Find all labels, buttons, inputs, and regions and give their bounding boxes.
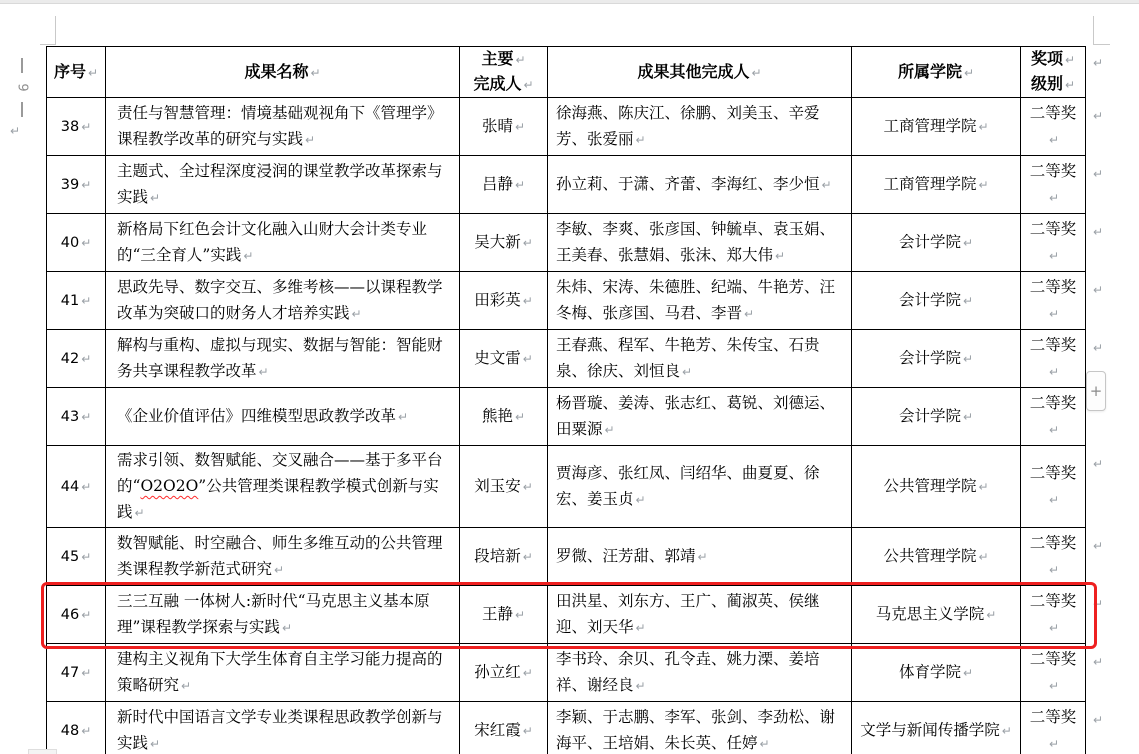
row-number-text: 41 (61, 293, 79, 309)
award-level-text: 二等奖 (1030, 162, 1077, 180)
table-row: 41↵思政先导、数字交互、多维考核——以课程教学改革为突破口的财务人才培养实践↵… (47, 272, 1086, 330)
award-level-cell[interactable]: 二等奖↵↵ (1021, 388, 1086, 446)
row-number-text: 48 (61, 723, 79, 739)
paragraph-mark-icon: ↵ (81, 480, 91, 494)
award-level-text: 二等奖 (1030, 650, 1077, 668)
paragraph-mark-icon: ↵ (986, 608, 996, 622)
award-level-cell[interactable]: 二等奖↵↵ (1021, 446, 1086, 528)
paragraph-mark-icon: ↵ (1093, 533, 1103, 559)
achievement-name-text: 解构与重构、虚拟与现实、数据与智能：智能财务共享课程教学改革 (117, 336, 443, 380)
paragraph-mark-icon: ↵ (81, 666, 91, 680)
award-level-cell[interactable]: 二等奖↵↵ (1021, 272, 1086, 330)
row-number-cell[interactable]: 47↵ (47, 644, 106, 702)
paragraph-mark-icon: ↵ (81, 352, 91, 366)
paragraph-mark-icon: ↵ (1002, 724, 1012, 738)
row-number-text: 38 (61, 119, 79, 135)
award-level-text: 二等奖 (1030, 592, 1077, 610)
header-text: 奖项 (1031, 49, 1063, 68)
table-row: 43↵《企业价值评估》四维模型思政教学改革↵熊艳↵杨晋璇、姜涛、张志红、葛锐、刘… (47, 388, 1086, 446)
other-contributors-cell[interactable]: 朱炜、宋涛、朱德胜、纪端、牛艳芳、汪冬梅、张彦国、马君、李晋↵ (548, 272, 852, 330)
paragraph-mark-icon: ↵ (523, 352, 533, 366)
table-header-row: 序号↵成果名称↵主要↵完成人↵成果其他完成人↵所属学院↵奖项↵级别↵↵ (47, 47, 1086, 98)
paragraph-mark-icon: ↵ (1049, 423, 1059, 437)
row-number-cell[interactable]: 44↵ (47, 446, 106, 528)
achievement-name-text: 建构主义视角下大学生体育自主学习能力提高的策略研究 (117, 650, 443, 694)
document-page: 9 ↵ 序号↵成果名称↵主要↵完成人↵成果其他完成人↵所属学院↵奖项↵级别↵↵ … (0, 0, 1139, 754)
column-header-name[interactable]: 成果名称↵ (106, 47, 460, 98)
other-contributors-cell[interactable]: 杨晋璇、姜涛、张志红、葛锐、刘德运、田粟源↵ (548, 388, 852, 446)
college-cell[interactable]: 马克思主义学院↵ (852, 586, 1021, 644)
main-contributor-text: 王静 (482, 605, 513, 623)
row-number-text: 47 (61, 665, 79, 681)
paragraph-mark-icon: ↵ (515, 410, 525, 424)
paragraph-mark-icon: ↵ (81, 724, 91, 738)
margin-corner-mark-top-right (1093, 16, 1110, 45)
paragraph-mark-icon: ↵ (963, 410, 973, 424)
college-cell[interactable]: 会计学院↵ (852, 214, 1021, 272)
paragraph-mark-icon: ↵ (1049, 737, 1059, 751)
awards-table-head: 序号↵成果名称↵主要↵完成人↵成果其他完成人↵所属学院↵奖项↵级别↵↵ (47, 47, 1086, 98)
header-text: 主要 (481, 49, 513, 68)
other-contributors-cell[interactable]: 孙立莉、于潇、齐蕾、李海红、李少恒↵ (548, 156, 852, 214)
table-row: 38↵责任与智慧管理：情境基础观视角下《管理学》课程教学改革的研究与实践↵张晴↵… (47, 98, 1086, 156)
paragraph-mark-icon: ↵ (978, 120, 988, 134)
header-text: 级别 (1031, 74, 1063, 93)
header-line: 所属学院↵ (854, 60, 1018, 85)
row-number-cell[interactable]: 41↵ (47, 272, 106, 330)
row-number-cell[interactable]: 38↵ (47, 98, 106, 156)
awards-table: 序号↵成果名称↵主要↵完成人↵成果其他完成人↵所属学院↵奖项↵级别↵↵ 38↵责… (46, 46, 1086, 754)
paragraph-mark-icon: ↵ (523, 724, 533, 738)
main-contributor-text: 张晴 (482, 117, 513, 135)
award-level-cell[interactable]: 二等奖↵↵ (1021, 330, 1086, 388)
achievement-name-text: 《企业价值评估》四维模型思政教学改革 (117, 407, 396, 425)
row-number-cell[interactable]: 39↵ (47, 156, 106, 214)
college-text: 体育学院 (899, 663, 961, 681)
main-contributor-text: 熊艳 (482, 407, 513, 425)
main-contributor-cell[interactable]: 王静↵ (460, 586, 548, 644)
achievement-name-cell[interactable]: 数智赋能、时空融合、师生多维互动的公共管理类课程教学新范式研究↵ (106, 528, 460, 586)
paragraph-mark-icon: ↵ (1093, 649, 1103, 675)
margin-corner-mark-top-left (40, 16, 56, 45)
award-level-text: 二等奖 (1030, 394, 1077, 412)
paragraph-mark-icon: ↵ (523, 666, 533, 680)
college-cell[interactable]: 会计学院↵ (852, 330, 1021, 388)
paragraph-mark-icon: ↵ (963, 666, 973, 680)
paragraph-mark-icon: ↵ (274, 563, 284, 577)
paragraph-mark-icon: ↵ (243, 249, 253, 263)
paragraph-mark-icon: ↵ (978, 480, 988, 494)
other-contributors-cell[interactable]: 贾海彦、张红凤、闫绍华、曲夏夏、徐宏、姜玉贞↵ (548, 446, 852, 528)
header-line: 序号↵ (49, 60, 103, 85)
main-contributor-cell[interactable]: 张晴↵ (460, 98, 548, 156)
award-level-text: 二等奖 (1030, 534, 1077, 552)
paragraph-mark-icon: ↵ (523, 294, 533, 308)
table-row: 39↵主题式、全过程深度浸润的课堂教学改革探索与实践↵吕静↵孙立莉、于潇、齐蕾、… (47, 156, 1086, 214)
main-contributor-cell[interactable]: 熊艳↵ (460, 388, 548, 446)
paragraph-mark-icon: ↵ (1065, 53, 1075, 67)
main-contributor-text: 吴大新 (474, 233, 521, 251)
awards-table-body: 38↵责任与智慧管理：情境基础观视角下《管理学》课程教学改革的研究与实践↵张晴↵… (47, 98, 1086, 754)
achievement-name-cell[interactable]: 思政先导、数字交互、多维考核——以课程教学改革为突破口的财务人才培养实践↵ (106, 272, 460, 330)
paragraph-mark-icon: ↵ (1049, 365, 1059, 379)
award-level-text: 二等奖 (1030, 708, 1077, 726)
paragraph-mark-icon: ↵ (1049, 249, 1059, 263)
header-line: 奖项↵ (1023, 47, 1083, 72)
margin-page-number: 9 ↵ (18, 58, 26, 138)
paragraph-mark-icon: ↵ (760, 737, 770, 751)
paragraph-mark-icon: ↵ (751, 66, 761, 80)
row-number-text: 39 (61, 177, 79, 193)
table-row: 45↵数智赋能、时空融合、师生多维互动的公共管理类课程教学新范式研究↵段培新↵罗… (47, 528, 1086, 586)
achievement-name-cell[interactable]: 责任与智慧管理：情境基础观视角下《管理学》课程教学改革的研究与实践↵ (106, 98, 460, 156)
other-contributors-cell[interactable]: 罗微、汪芳甜、郭靖↵ (548, 528, 852, 586)
row-number-cell[interactable]: 40↵ (47, 214, 106, 272)
main-contributor-cell[interactable]: 史文雷↵ (460, 330, 548, 388)
row-number-text: 45 (61, 549, 79, 565)
paragraph-mark-icon: ↵ (515, 120, 525, 134)
award-level-text: 二等奖 (1030, 278, 1077, 296)
paragraph-mark-icon: ↵ (1049, 621, 1059, 635)
paragraph-mark-icon: ↵ (1093, 219, 1103, 245)
header-line: 级别↵ (1023, 72, 1083, 97)
row-number-text: 43 (61, 409, 79, 425)
table-row: 42↵解构与重构、虚拟与现实、数据与智能：智能财务共享课程教学改革↵史文雷↵王春… (47, 330, 1086, 388)
other-contributors-cell[interactable]: 李颖、于志鹏、李军、张剑、李劲松、谢海平、王培娟、朱长英、任婷↵ (548, 702, 852, 754)
paragraph-mark-icon: ↵ (636, 493, 646, 507)
paragraph-mark-icon: ↵ (636, 133, 646, 147)
paragraph-mark-icon: ↵ (305, 133, 315, 147)
award-level-text: 二等奖 (1030, 104, 1077, 122)
main-contributor-cell[interactable]: 孙立红↵ (460, 644, 548, 702)
other-contributors-cell[interactable]: 徐海燕、陈庆江、徐鹏、刘美玉、辛爱芳、张爱丽↵ (548, 98, 852, 156)
paragraph-mark-icon: ↵ (822, 178, 832, 192)
other-contributors-text: 李敏、李爽、张彦国、钟毓卓、袁玉娟、王美春、张慧娟、张沫、郑大伟 (556, 220, 835, 264)
paragraph-mark-icon: ↵ (1093, 103, 1103, 129)
header-text: 所属学院 (898, 62, 962, 81)
main-contributor-cell[interactable]: 宋红霞↵ (460, 702, 548, 754)
paragraph-mark-icon: ↵ (523, 550, 533, 564)
main-contributor-text: 段培新 (474, 547, 521, 565)
other-contributors-text: 杨晋璇、姜涛、张志红、葛锐、刘德运、田粟源 (556, 394, 835, 438)
award-level-cell[interactable]: 二等奖↵↵ (1021, 214, 1086, 272)
paragraph-mark-icon: ↵ (978, 550, 988, 564)
header-text: 序号 (54, 62, 86, 81)
main-contributor-text: 刘玉安 (474, 477, 521, 495)
paragraph-mark-icon: ↵ (1093, 277, 1103, 303)
college-cell[interactable]: 工商管理学院↵ (852, 156, 1021, 214)
paragraph-mark-icon: ↵ (1093, 451, 1103, 477)
award-level-cell[interactable]: 二等奖↵↵ (1021, 528, 1086, 586)
college-text: 会计学院 (899, 407, 961, 425)
row-number-cell[interactable]: 42↵ (47, 330, 106, 388)
college-cell[interactable]: 公共管理学院↵ (852, 446, 1021, 528)
paragraph-mark-icon: ↵ (775, 249, 785, 263)
row-number-cell[interactable]: 45↵ (47, 528, 106, 586)
paragraph-mark-icon: ↵ (636, 679, 646, 693)
award-level-cell[interactable]: 二等奖↵↵ (1021, 586, 1086, 644)
main-contributor-text: 吕静 (482, 175, 513, 193)
other-contributors-text: 孙立莉、于潇、齐蕾、李海红、李少恒 (556, 175, 820, 193)
paragraph-mark-icon: ↵ (1049, 679, 1059, 693)
paragraph-mark-icon: ↵ (1049, 191, 1059, 205)
main-contributor-cell[interactable]: 刘玉安↵ (460, 446, 548, 528)
college-cell[interactable]: 会计学院↵ (852, 388, 1021, 446)
paragraph-mark-icon: ↵ (963, 294, 973, 308)
college-text: 会计学院 (899, 349, 961, 367)
award-level-text: 二等奖 (1030, 464, 1077, 482)
paragraph-mark-icon: ↵ (81, 236, 91, 250)
college-text: 文学与新闻传播学院 (860, 721, 1000, 739)
paragraph-mark-icon: ↵ (282, 621, 292, 635)
paragraph-mark-icon: ↵ (88, 66, 98, 80)
paragraph-mark-icon: ↵ (1049, 563, 1059, 577)
header-line: 成果其他完成人↵ (550, 60, 849, 85)
row-number-cell[interactable]: 48↵ (47, 702, 106, 754)
table-row: 46↵三三互融 一体树人:新时代“马克思主义基本原理”课程教学探索与实践↵王静↵… (47, 586, 1086, 644)
page-number-dash (21, 58, 23, 73)
header-line: 成果名称↵ (108, 60, 457, 85)
achievement-name-text: 主题式、全过程深度浸润的课堂教学改革探索与实践 (117, 162, 443, 206)
paragraph-mark-icon: ↵ (636, 621, 646, 635)
paragraph-mark-icon: ↵ (81, 550, 91, 564)
paragraph-mark-icon: ↵ (81, 608, 91, 622)
paragraph-mark-icon: ↵ (81, 120, 91, 134)
plus-button[interactable]: + (1086, 371, 1106, 411)
paragraph-mark-icon: ↵ (1093, 591, 1103, 617)
paragraph-mark-icon: ↵ (135, 506, 145, 520)
achievement-name-text: 思政先导、数字交互、多维考核——以课程教学改革为突破口的财务人才培养实践 (117, 278, 443, 322)
paragraph-mark-icon: ↵ (1093, 707, 1103, 733)
other-contributors-cell[interactable]: 李书玲、余贝、孔令垚、姚力溧、姜培祥、谢经良↵ (548, 644, 852, 702)
college-cell[interactable]: 文学与新闻传播学院↵ (852, 702, 1021, 754)
achievement-name-cell[interactable]: 三三互融 一体树人:新时代“马克思主义基本原理”课程教学探索与实践↵ (106, 586, 460, 644)
other-contributors-cell[interactable]: 王春燕、程军、牛艳芳、朱传宝、石贵泉、徐庆、刘恒良↵ (548, 330, 852, 388)
paragraph-mark-icon: ↵ (1093, 161, 1103, 187)
paragraph-mark-icon: ↵ (682, 365, 692, 379)
achievement-name-cell[interactable]: 新格局下红色会计文化融入山财大会计类专业的“三全育人”实践↵ (106, 214, 460, 272)
paragraph-mark-icon: ↵ (963, 352, 973, 366)
main-contributor-cell[interactable]: 田彩英↵ (460, 272, 548, 330)
college-cell[interactable]: 会计学院↵ (852, 272, 1021, 330)
achievement-name-text: 责任与智慧管理：情境基础观视角下《管理学》课程教学改革的研究与实践 (117, 104, 443, 148)
achievement-name-cell[interactable]: 主题式、全过程深度浸润的课堂教学改革探索与实践↵ (106, 156, 460, 214)
page-number-dash (21, 102, 23, 117)
paragraph-mark-icon: ↵ (698, 550, 708, 564)
column-header-award[interactable]: 奖项↵级别↵↵ (1021, 47, 1086, 98)
paragraph-mark-icon: ↵ (515, 608, 525, 622)
other-contributors-text: 李书玲、余贝、孔令垚、姚力溧、姜培祥、谢经良 (556, 650, 820, 694)
paragraph-mark-icon: ↵ (1049, 307, 1059, 321)
main-contributor-text: 史文雷 (474, 349, 521, 367)
main-contributor-text: 宋红霞 (474, 721, 521, 739)
award-level-cell[interactable]: 二等奖↵↵ (1021, 156, 1086, 214)
paragraph-mark-icon: ↵ (398, 410, 408, 424)
paragraph-mark-icon: ↵ (150, 737, 160, 751)
achievement-name-cell[interactable]: 建构主义视角下大学生体育自主学习能力提高的策略研究↵ (106, 644, 460, 702)
award-level-cell[interactable]: 二等奖↵↵ (1021, 702, 1086, 754)
main-contributor-cell[interactable]: 吴大新↵ (460, 214, 548, 272)
college-text: 会计学院 (899, 233, 961, 251)
header-line: 完成人↵ (462, 72, 545, 97)
paragraph-mark-icon: ↵ (81, 410, 91, 424)
row-number-text: 40 (61, 235, 79, 251)
header-text: 成果名称 (244, 62, 308, 81)
paragraph-mark-icon: ↵ (1093, 52, 1103, 74)
award-level-text: 二等奖 (1030, 336, 1077, 354)
main-contributor-text: 孙立红 (474, 663, 521, 681)
college-cell[interactable]: 工商管理学院↵ (852, 98, 1021, 156)
paragraph-mark-icon: ↵ (1049, 493, 1059, 507)
table-row: 44↵需求引领、数智赋能、交叉融合——基于多平台的“O2O2O”公共管理类课程教… (47, 446, 1086, 528)
paragraph-mark-icon: ↵ (310, 66, 320, 80)
other-contributors-text: 田洪星、刘东方、王广、蔺淑英、侯继迎、刘天华 (556, 592, 820, 636)
paragraph-mark-icon: ↵ (744, 307, 754, 321)
college-text: 公共管理学院 (883, 477, 976, 495)
paragraph-mark-icon: ↵ (515, 178, 525, 192)
achievement-name-cell[interactable]: 新时代中国语言文学专业类课程思政教学创新与实践↵ (106, 702, 460, 754)
college-text: 马克思主义学院 (876, 605, 985, 623)
paragraph-mark-icon: ↵ (1049, 133, 1059, 147)
main-contributor-text: 田彩英 (474, 291, 521, 309)
award-level-cell[interactable]: 二等奖↵↵ (1021, 644, 1086, 702)
row-number-cell[interactable]: 46↵ (47, 586, 106, 644)
paragraph-mark-icon: ↵ (259, 365, 269, 379)
column-header-no[interactable]: 序号↵ (47, 47, 106, 98)
column-header-college[interactable]: 所属学院↵ (852, 47, 1021, 98)
header-line: 主要↵ (462, 47, 545, 72)
main-contributor-cell[interactable]: 吕静↵ (460, 156, 548, 214)
paragraph-mark-icon: ↵ (523, 78, 533, 92)
row-number-text: 42 (61, 351, 79, 367)
achievement-name-cell[interactable]: 《企业价值评估》四维模型思政教学改革↵ (106, 388, 460, 446)
college-text: 公共管理学院 (883, 547, 976, 565)
college-cell[interactable]: 公共管理学院↵ (852, 528, 1021, 586)
award-level-cell[interactable]: 二等奖↵↵ (1021, 98, 1086, 156)
paragraph-mark-icon: ↵ (1065, 78, 1075, 92)
row-number-text: 46 (61, 607, 79, 623)
college-text: 会计学院 (899, 291, 961, 309)
paragraph-mark-icon: ↵ (352, 307, 362, 321)
other-contributors-text: 贾海彦、张红凤、闫绍华、曲夏夏、徐宏、姜玉贞 (556, 464, 820, 508)
achievement-name-cell[interactable]: 解构与重构、虚拟与现实、数据与智能：智能财务共享课程教学改革↵ (106, 330, 460, 388)
other-contributors-text: 罗微、汪芳甜、郭靖 (556, 547, 696, 565)
other-contributors-cell[interactable]: 李敏、李爽、张彦国、钟毓卓、袁玉娟、王美春、张慧娟、张沫、郑大伟↵ (548, 214, 852, 272)
paragraph-mark-icon: ↵ (181, 679, 191, 693)
paragraph-mark-icon: ↵ (963, 236, 973, 250)
table-row: 48↵新时代中国语言文学专业类课程思政教学创新与实践↵宋红霞↵李颖、于志鹏、李军… (47, 702, 1086, 754)
bottom-left-margin-remnant (28, 749, 57, 754)
other-contributors-text: 朱炜、宋涛、朱德胜、纪端、牛艳芳、汪冬梅、张彦国、马君、李晋 (556, 278, 835, 322)
column-header-main[interactable]: 主要↵完成人↵ (460, 47, 548, 98)
paragraph-mark-icon: ↵ (81, 178, 91, 192)
main-contributor-cell[interactable]: 段培新↵ (460, 528, 548, 586)
other-contributors-text: 李颖、于志鹏、李军、张剑、李劲松、谢海平、王培娟、朱长英、任婷 (556, 708, 835, 752)
achievement-name-text: 三三互融 一体树人:新时代“马克思主义基本原理”课程教学探索与实践 (117, 592, 430, 636)
paragraph-mark-icon: ↵ (1093, 335, 1103, 361)
table-row: 47↵建构主义视角下大学生体育自主学习能力提高的策略研究↵孙立红↵李书玲、余贝、… (47, 644, 1086, 702)
paragraph-mark-icon: ↵ (523, 236, 533, 250)
header-text: 成果其他完成人 (637, 62, 749, 81)
achievement-name-text: 新时代中国语言文学专业类课程思政教学创新与实践 (117, 708, 443, 752)
paragraph-mark-icon: ↵ (81, 294, 91, 308)
header-text: 完成人 (473, 74, 521, 93)
award-level-text: 二等奖 (1030, 220, 1077, 238)
row-number-text: 44 (61, 479, 79, 495)
paragraph-mark-icon: ↵ (964, 66, 974, 80)
achievement-name-cell[interactable]: 需求引领、数智赋能、交叉融合——基于多平台的“O2O2O”公共管理类课程教学模式… (106, 446, 460, 528)
paragraph-mark-icon: ↵ (978, 178, 988, 192)
paragraph-mark-icon: ↵ (523, 480, 533, 494)
college-text: 工商管理学院 (883, 175, 976, 193)
row-number-cell[interactable]: 43↵ (47, 388, 106, 446)
column-header-others[interactable]: 成果其他完成人↵ (548, 47, 852, 98)
paragraph-mark-icon: ↵ (605, 423, 615, 437)
other-contributors-text: 徐海燕、陈庆江、徐鹏、刘美玉、辛爱芳、张爱丽 (556, 104, 820, 148)
college-cell[interactable]: 体育学院↵ (852, 644, 1021, 702)
page-top-edge (0, 0, 1139, 4)
table-row: 40↵新格局下红色会计文化融入山财大会计类专业的“三全育人”实践↵吴大新↵李敏、… (47, 214, 1086, 272)
other-contributors-cell[interactable]: 田洪星、刘东方、王广、蔺淑英、侯继迎、刘天华↵ (548, 586, 852, 644)
paragraph-mark-icon: ↵ (150, 191, 160, 205)
page-number-text: 9 (15, 83, 30, 91)
paragraph-mark-icon: ↵ (515, 53, 525, 67)
college-text: 工商管理学院 (883, 117, 976, 135)
paragraph-mark-icon: ↵ (10, 124, 20, 138)
spellcheck-flagged-text: O2O2O (140, 477, 198, 495)
achievement-name-text: 新格局下红色会计文化融入山财大会计类专业的“三全育人”实践 (117, 220, 427, 264)
